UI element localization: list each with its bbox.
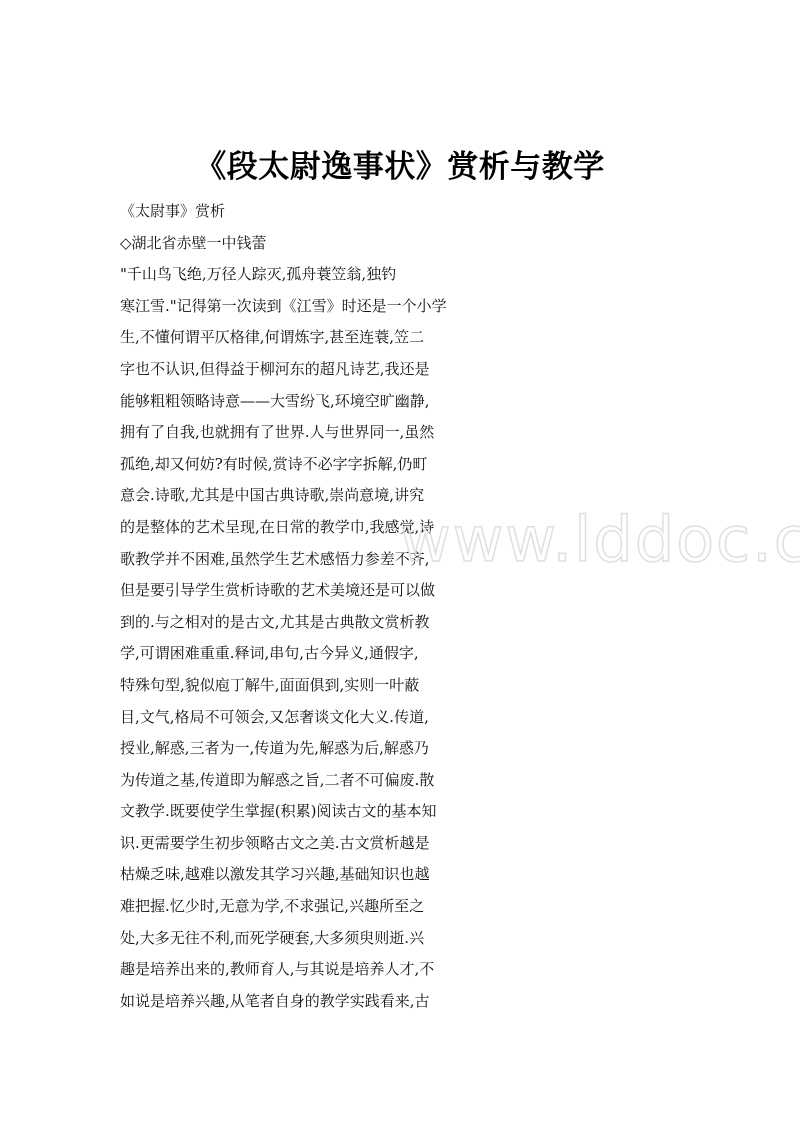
text-line: 授业,解惑,三者为一,传道为先,解惑为后,解惑乃 (120, 733, 600, 765)
text-line: 目,文气,格局不可领会,又怎奢谈文化大义.传道, (120, 702, 600, 734)
text-line: 但是要引导学生赏析诗歌的艺术美境还是可以做 (120, 575, 600, 607)
text-line: 歌教学并不困难,虽然学生艺术感悟力参差不齐, (120, 544, 600, 576)
page-title: 《段太尉逸事状》赏析与教学 (0, 145, 800, 189)
text-line: 生,不懂何谓平仄格律,何谓炼字,甚至连蓑,笠二 (120, 322, 600, 354)
text-line: 如说是培养兴趣,从笔者自身的教学实践看来,古 (120, 986, 600, 1018)
text-line: 识.更需要学生初步领略古文之美.古文赏析越是 (120, 828, 600, 860)
text-line: 文教学.既要使学生掌握(积累)阅读古文的基本知 (120, 796, 600, 828)
text-line: 枯燥乏味,越难以激发其学习兴趣,基础知识也越 (120, 859, 600, 891)
text-line: 孤绝,却又何妨?有时候,赏诗不必字字拆解,仍町 (120, 449, 600, 481)
text-line: 能够粗粗领略诗意——大雪纷飞,环境空旷幽静, (120, 386, 600, 418)
text-line: 意会.诗歌,尤其是中国古典诗歌,崇尚意境,讲究 (120, 480, 600, 512)
text-line: 字也不认识,但得益于柳河东的超凡诗艺,我还是 (120, 354, 600, 386)
text-line: 的是整体的艺术呈现,在日常的教学巾,我感觉,诗 (120, 512, 600, 544)
document-body: 《太尉事》赏析 ◇湖北省赤壁一中钱蕾 "千山鸟飞绝,万径人踪灭,孤舟蓑笠翁,独钓… (120, 196, 600, 1017)
author-line: ◇湖北省赤壁一中钱蕾 (120, 228, 600, 260)
subtitle-line: 《太尉事》赏析 (120, 196, 600, 228)
text-line: 到的.与之相对的是古文,尤其是古典散文赏析教 (120, 607, 600, 639)
text-line: 难把握.忆少时,无意为学,不求强记,兴趣所至之 (120, 891, 600, 923)
text-line: 趣是培养出来的,教师育人,与其说是培养人才,不 (120, 954, 600, 986)
text-line: "千山鸟飞绝,万径人踪灭,孤舟蓑笠翁,独钓 (120, 259, 600, 291)
text-line: 寒江雪."记得第一次读到《江雪》时还是一个小学 (120, 291, 600, 323)
text-line: 为传道之基,传道即为解惑之旨,二者不可偏废.散 (120, 765, 600, 797)
text-line: 处,大多无往不利,而死学硬套,大多须臾则逝.兴 (120, 923, 600, 955)
text-line: 特殊句型,貌似庖丁解牛,面面俱到,实则一叶蔽 (120, 670, 600, 702)
text-line: 拥有了自我,也就拥有了世界.人与世界同一,虽然 (120, 417, 600, 449)
text-line: 学,可谓困难重重.释词,串句,古今异义,通假字, (120, 638, 600, 670)
